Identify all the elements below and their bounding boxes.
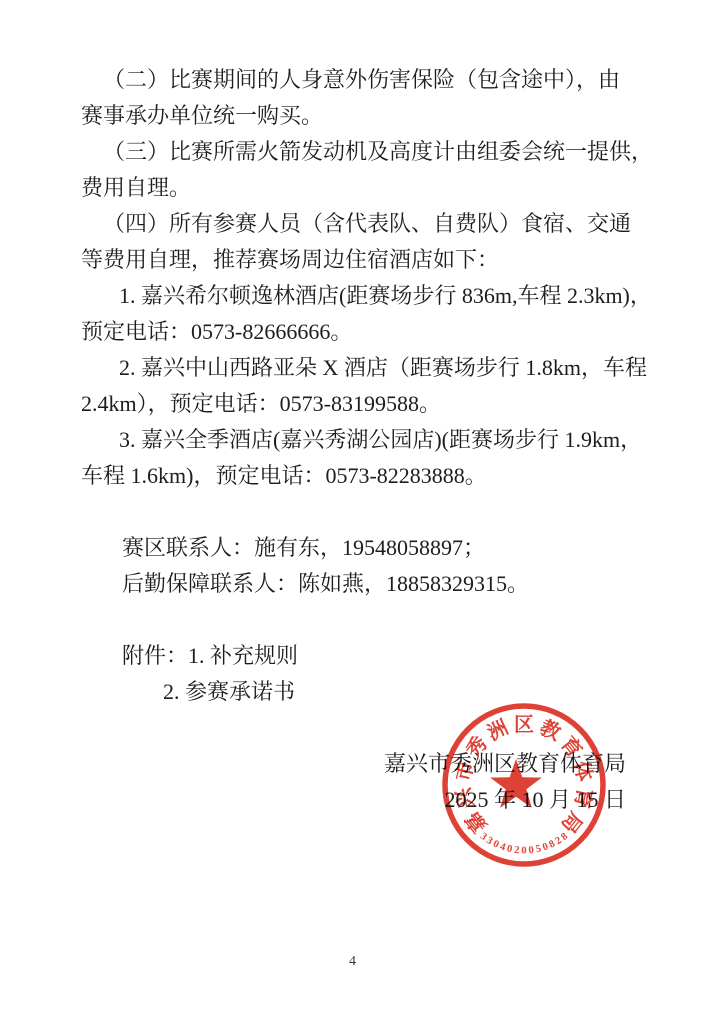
svg-text:育: 育 [570,786,598,811]
text-line: 附件：1. 补充规则 [81,638,627,674]
svg-text:市: 市 [451,759,479,784]
svg-text:兴: 兴 [451,785,478,810]
svg-text:0: 0 [521,846,526,857]
text-line: 赛区联系人：施有东，19548058897； [81,530,627,566]
official-seal-group: 嘉兴市秀洲区教育体育局3304020050828 [445,706,603,864]
text-line: 3. 嘉兴全季酒店(嘉兴秀湖公园店)(距赛场步行 1.9km， [81,422,627,458]
text-line: （三）比赛所需火箭发动机及高度计由组委会统一提供， [81,134,627,170]
text-line: 等费用自理，推荐赛场周边住宿酒店如下： [81,242,627,278]
svg-text:2: 2 [514,845,520,857]
blank-line [81,602,627,638]
text-line: 2. 嘉兴中山西路亚朵 X 酒店（距赛场步行 1.8km，车程 [81,350,627,386]
page-number: 4 [0,954,705,970]
svg-text:教: 教 [536,715,565,746]
text-line: （二）比赛期间的人身意外伤害保险（包含途中），由 [81,62,627,98]
seal-star [490,759,541,808]
svg-text:区: 区 [514,713,534,736]
text-line: 后勤保障联系人：陈如燕，18858329315。 [81,566,627,602]
text-line: 车程 1.6km)，预定电话：0573-82283888。 [81,458,627,494]
text-line: 费用自理。 [81,170,627,206]
text-line: 1. 嘉兴希尔顿逸林酒店(距赛场步行 836m,车程 2.3km)， [81,278,627,314]
text-line: （四）所有参赛人员（含代表队、自费队）食宿、交通 [81,206,627,242]
text-line: 预定电话：0573-82666666。 [81,314,627,350]
svg-text:0: 0 [506,843,514,855]
svg-text:0: 0 [528,845,534,857]
blank-line [81,494,627,530]
text-line: 赛事承办单位统一购买。 [81,98,627,134]
svg-text:洲: 洲 [484,716,512,745]
text-line: 2.4km），预定电话：0573-83199588。 [81,386,627,422]
official-seal: 嘉兴市秀洲区教育体育局3304020050828 [429,690,619,880]
svg-text:体: 体 [569,759,597,784]
document-page: （二）比赛期间的人身意外伤害保险（包含途中），由赛事承办单位统一购买。（三）比赛… [0,0,705,1031]
